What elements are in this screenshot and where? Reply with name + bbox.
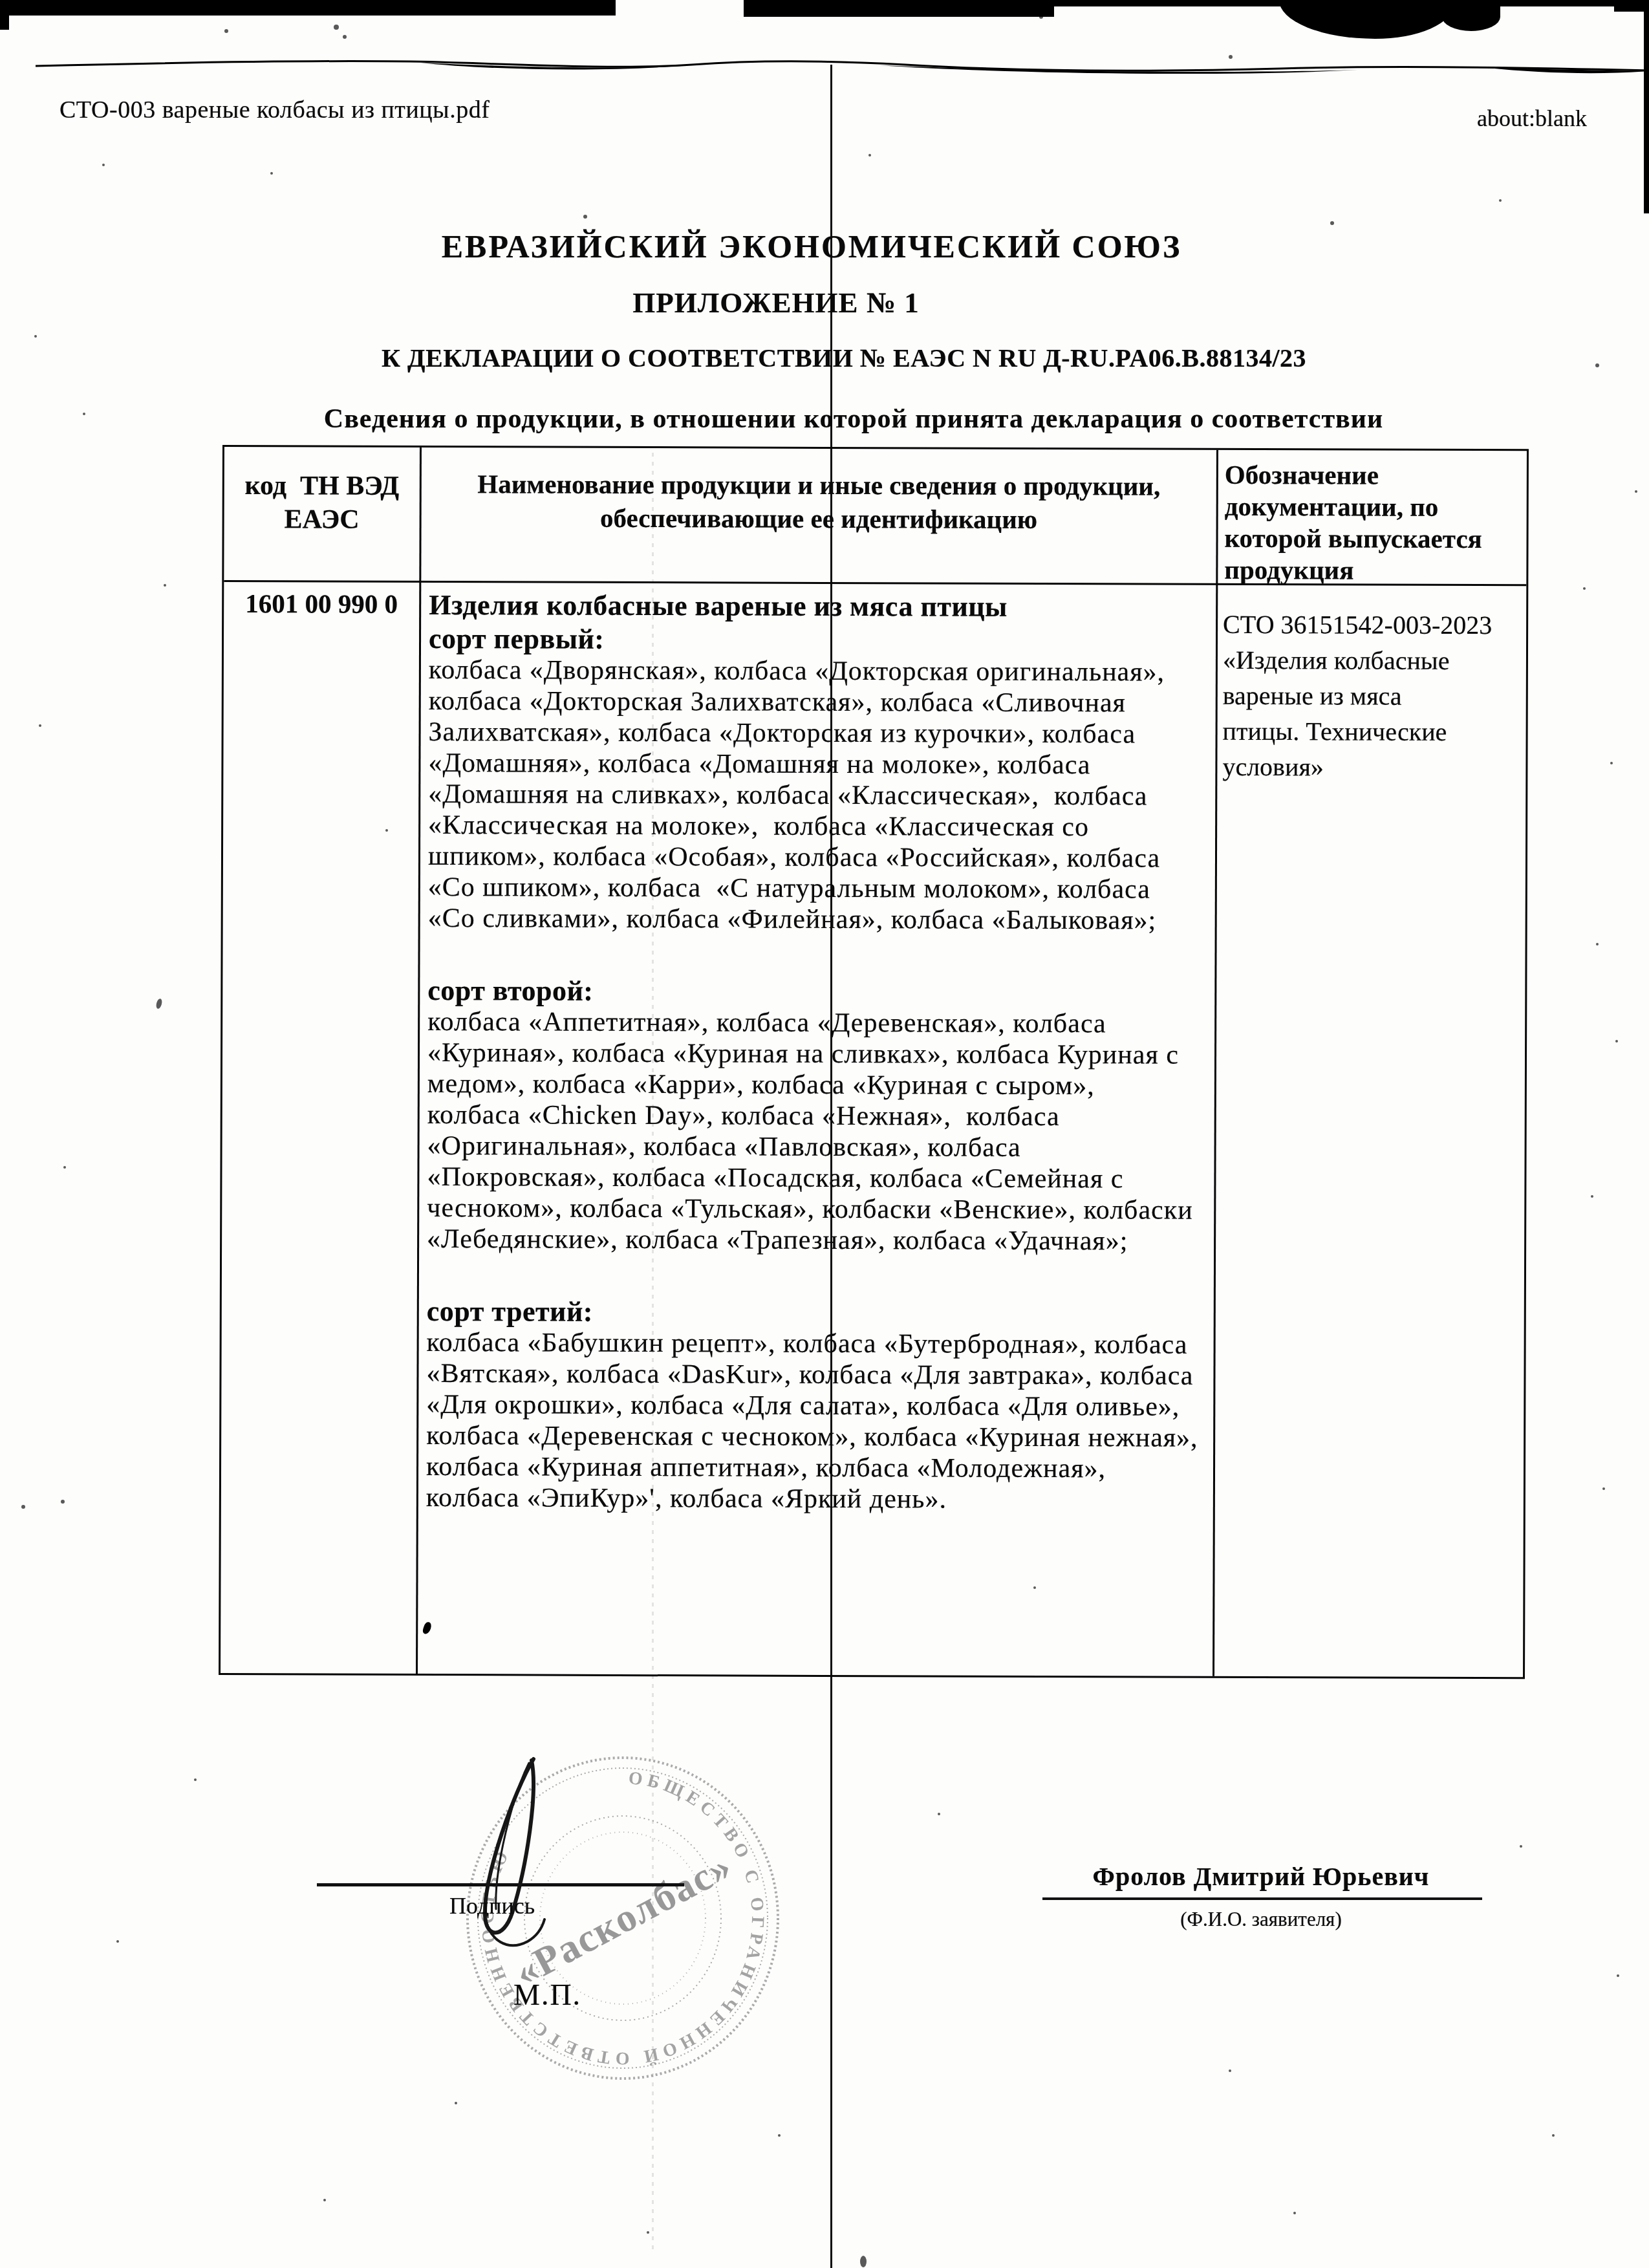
noise-speckles — [0, 0, 1649, 2268]
scanned-document-page: СТО-003 вареные колбасы из птицы.pdf abo… — [0, 0, 1649, 2268]
